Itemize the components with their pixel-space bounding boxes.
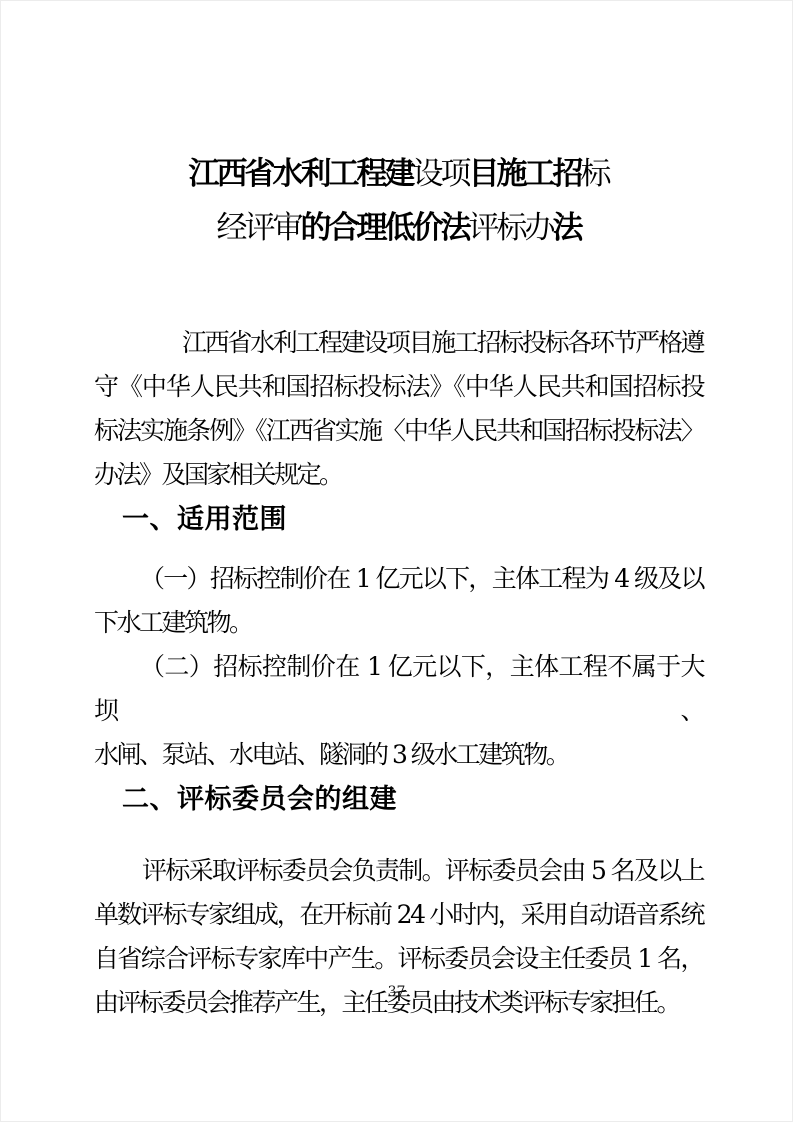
text-line: （二）招标控制价在 1 亿元以下，主体工程不属于大坝、: [94, 645, 703, 733]
text-line: 办法》及国家相关规定。: [94, 453, 703, 497]
title-segment: 的合理低价法: [301, 210, 469, 246]
text-line: 自省综合评标专家库中产生。评标委员会设主任委员 1 名，: [94, 937, 703, 981]
text-line: 评标采取评标委员会负责制。评标委员会由 5 名及以上: [94, 849, 703, 893]
section-1: 一、适用范围 （一）招标控制价在 1 亿元以下，主体工程为 4 级及以下水工建筑…: [94, 497, 703, 777]
title-segment: 设项: [413, 156, 469, 192]
title-segment: 江西省水利工程建: [189, 156, 413, 192]
title-line-1: 江西省水利工程建设项目施工招标: [94, 147, 703, 201]
section-2-heading: 二、评标委员会的组建: [94, 777, 703, 823]
intro-paragraph: 江西省水利工程建设项目施工招标投标各环节严格遵守《中华人民共和国招标投标法》《中…: [94, 321, 703, 497]
title-segment: 标: [581, 156, 609, 192]
section-1-paragraphs: （一）招标控制价在 1 亿元以下，主体工程为 4 级及以下水工建筑物。 （二）招…: [94, 557, 703, 777]
text-line: 守《中华人民共和国招标投标法》《中华人民共和国招标投: [94, 365, 703, 409]
text-line: 水闸、泵站、水电站、隧洞的 3 级水工建筑物。: [94, 733, 703, 777]
page-content: 江西省水利工程建设项目施工招标 经评审的合理低价法评标办法 江西省水利工程建设项…: [94, 0, 703, 1025]
text-line: （一）招标控制价在 1 亿元以下，主体工程为 4 级及以: [94, 557, 703, 601]
title-segment: 经评审: [217, 210, 301, 246]
text-line: 单数评标专家组成，在开标前 24 小时内，采用自动语音系统: [94, 893, 703, 937]
title-segment: 评标办: [469, 210, 553, 246]
text-line: 江西省水利工程建设项目施工招标投标各环节严格遵: [94, 321, 703, 365]
text-line: 标法实施条例》《江西省实施〈中华人民共和国招标投标法〉: [94, 409, 703, 453]
document-page: 江西省水利工程建设项目施工招标 经评审的合理低价法评标办法 江西省水利工程建设项…: [0, 0, 793, 1122]
section-1-item-2: （二）招标控制价在 1 亿元以下，主体工程不属于大坝、水闸、泵站、水电站、隧洞的…: [94, 645, 703, 777]
page-number: 37: [0, 984, 793, 1000]
section-1-heading: 一、适用范围: [94, 497, 703, 543]
document-title: 江西省水利工程建设项目施工招标 经评审的合理低价法评标办法: [94, 147, 703, 255]
section-1-item-1: （一）招标控制价在 1 亿元以下，主体工程为 4 级及以下水工建筑物。: [94, 557, 703, 645]
title-segment: 目施工招: [469, 156, 581, 192]
text-line: 下水工建筑物。: [94, 601, 703, 645]
title-segment: 法: [553, 210, 581, 246]
title-line-2: 经评审的合理低价法评标办法: [94, 201, 703, 255]
